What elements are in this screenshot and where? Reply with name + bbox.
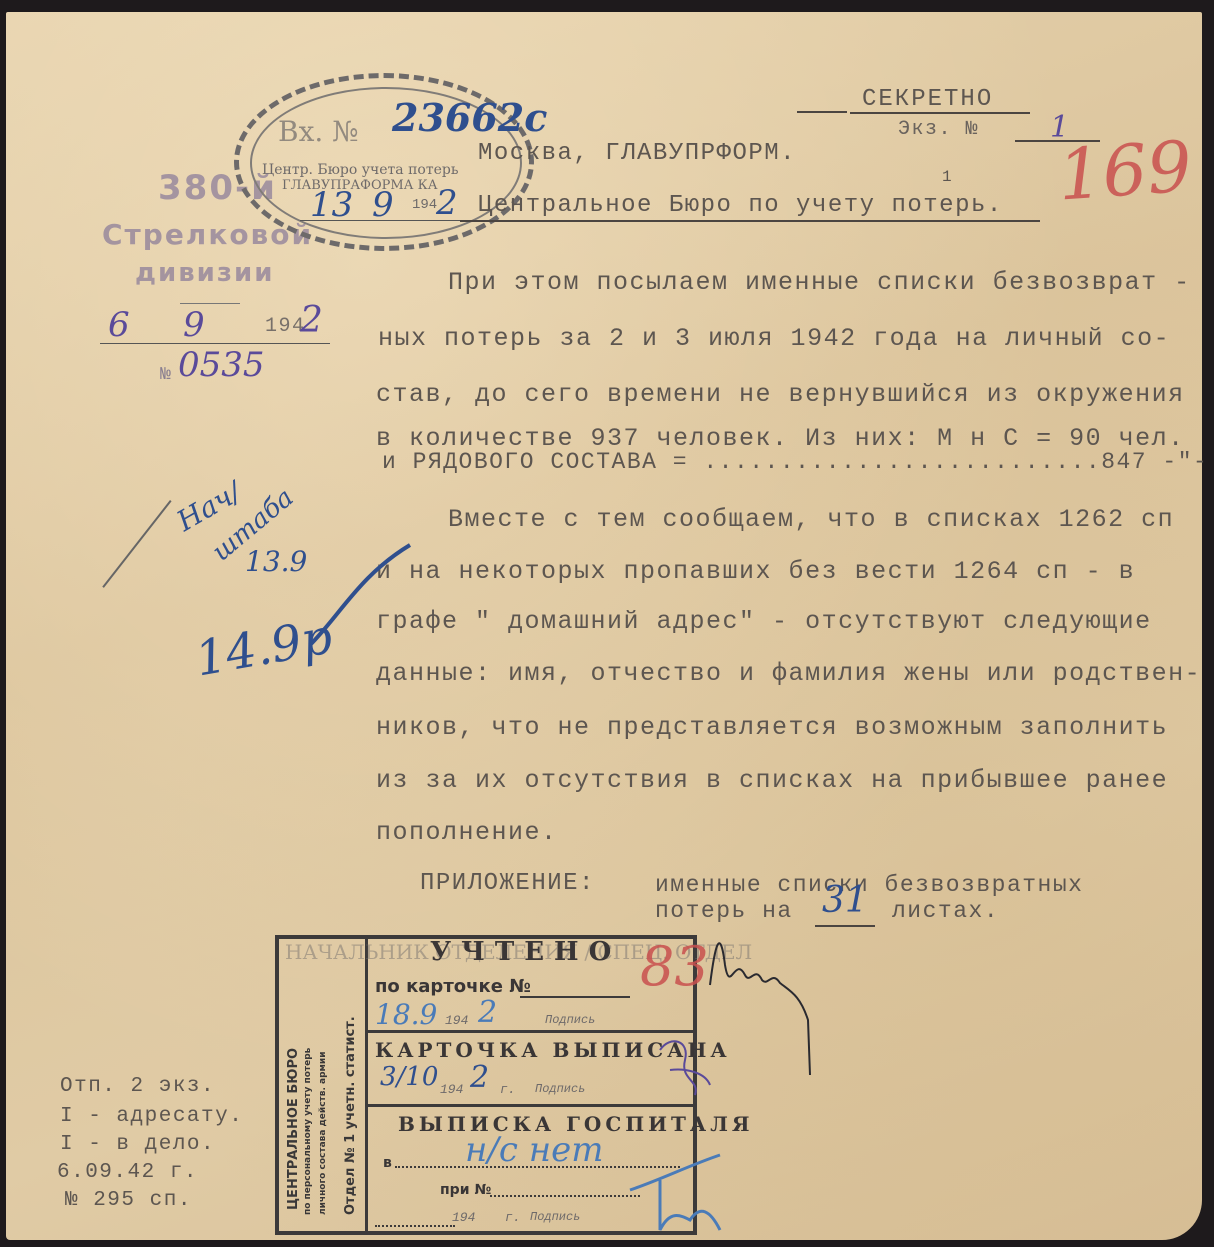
classification-label: СЕКРЕТНО [862,86,993,113]
body-line: ных потерь за 2 и 3 июля 1942 года на ли… [378,324,1170,353]
signature-icon [650,1030,720,1100]
out-number-prefix: № [160,365,172,385]
stamp-row1-year-prefix: 194 [445,1013,468,1028]
footer-note-line: № 295 сп. [65,1189,192,1212]
stamp-row2-sign-label: Подпись [535,1082,585,1096]
dotted-line [375,1225,455,1227]
stamp-divider [365,935,368,1235]
division-date-year-suffix: 2 [300,300,323,341]
stamp-divider [365,1104,697,1107]
division-date-month: 9 [183,305,205,345]
attachment-line1: именные списки безвозвратных [655,872,1083,898]
stamp-row1-sign-label: Подпись [545,1013,595,1027]
attachment-line2-prefix: потерь на [655,898,793,924]
stamp-row1-label: по карточке № [375,976,531,997]
divider [797,111,847,113]
footer-note-line: I - в дело. [60,1133,215,1156]
stamp-title: УЧТЕНО [430,937,621,967]
division-stamp-line3: дивизии [135,258,274,288]
page-mark: 1 [942,168,953,186]
stamp-row2-year-prefix: 194 [440,1082,463,1097]
footer-note-line: 6.09.42 г. [57,1161,198,1184]
addressee-city: Москва, ГЛАВУПРФОРМ. [478,140,796,167]
incoming-date-year-suffix: 2 [436,183,458,223]
out-number: 0535 [178,345,265,385]
stamp-side-text4: Отдел № 1 учетн. статист. [343,1016,358,1215]
stamp-side-text1: ЦЕНТРАЛЬНОЕ БЮРО [286,1048,301,1210]
body-line: из за их отсутствия в списках на прибывш… [376,766,1168,795]
stamp-row1-year-suffix: 2 [478,995,497,1030]
incoming-stamp-org2: ГЛАВУПРАФОРМА КА [282,178,438,193]
incoming-stamp-prefix: Вх. № [278,115,359,148]
footer-note-line: I - адресату. [60,1105,243,1128]
divider [180,303,240,304]
attachment-line2-suffix: листах. [892,898,999,924]
stamp-row2-date: 3/10 [380,1062,438,1092]
date-line [100,343,330,344]
body-line: При этом посылаем именные списки безвозв… [448,268,1191,297]
sheet-number-red: 169 [1055,125,1194,216]
body-line: став, до сего времени не вернувшийся из … [376,380,1185,409]
margin-note-date: 13.9 [245,545,307,578]
body-line: данные: имя, отчество и фамилия жены или… [376,659,1201,688]
incoming-date-year-prefix: 194 [412,197,437,213]
signature-icon [620,1150,740,1240]
copy-label: Экз. № [898,118,979,141]
addressee-underline [460,220,1040,222]
stamp-row2-year-suffix: 2 [470,1060,489,1095]
dotted-line [490,1195,640,1197]
incoming-date-day: 13 [310,185,353,225]
incoming-date-month: 9 [372,185,394,225]
attachment-label: ПРИЛОЖЕНИЕ: [420,870,595,897]
stamp-row3-year-prefix: 194 [452,1210,475,1225]
stamp-row3-year-g: г. [505,1210,521,1225]
body-line: и РЯДОВОГО СОСТАВА = ...................… [382,449,1208,475]
card-number-line [520,996,630,998]
body-line: пополнение. [376,818,558,847]
attachment-sheets-count: 31 [822,880,868,921]
body-line: Вместе с тем сообщаем, что в списках 126… [448,505,1174,534]
stamp-side-text2: по персональному учету потерь [303,1048,313,1215]
body-line: графе " домашний адрес" - отсутствуют сл… [376,607,1152,636]
date-line [300,220,465,221]
stamp-row3-pri-label: при № [440,1182,491,1198]
sheets-underline [815,925,875,927]
incoming-number: 23662с [392,95,547,140]
stamp-side-text3: личного состава действ. армии [318,1051,328,1215]
signature-stroke-icon [300,535,420,655]
divider [850,112,1030,114]
footer-note-line: Отп. 2 экз. [60,1075,215,1098]
stamp-row3-handwritten: н/с нет [465,1130,603,1170]
stamp-row2-year-g: г. [500,1082,516,1097]
stamp-row3-in-label: в [383,1155,392,1171]
body-line: ников, что не представляется возможным з… [376,713,1168,742]
body-line: и на некоторых пропавших без вести 1264 … [376,557,1135,586]
division-date-day: 6 [108,305,130,345]
stamp-row1-date: 18.9 [375,998,437,1031]
addressee-org: Центральное Бюро по учету потерь. [478,192,1003,219]
stamp-row3-sign-label: Подпись [530,1210,580,1224]
incoming-stamp-org1: Центр. Бюро учета потерь [262,162,458,178]
